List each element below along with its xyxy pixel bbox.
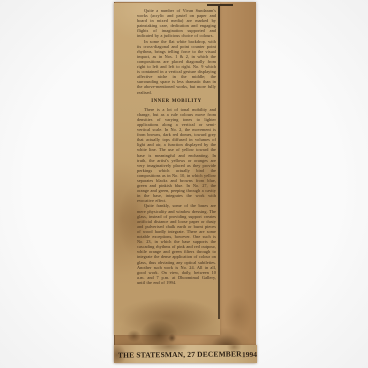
top-rule-line <box>207 4 233 6</box>
publication-line: THE STATESMAN, 27 DECEMBER <box>114 349 242 359</box>
newspaper-clipping: Quite a number of Vivan Sundaram's works… <box>114 3 220 335</box>
year-label: 1994 <box>242 349 259 358</box>
section-heading: INNER MOBILITY <box>137 99 216 104</box>
article-paragraph-3: There is a lot of tonal mobility and cha… <box>137 107 216 204</box>
article-column: Quite a number of Vivan Sundaram's works… <box>114 3 220 285</box>
article-paragraph-1: Quite a number of Vivan Sundaram's works… <box>137 8 216 39</box>
article-paragraph-2: In some the flat white backdrop, with it… <box>137 39 216 95</box>
scan-background: Quite a number of Vivan Sundaram's works… <box>0 0 368 368</box>
caption-strip: THE STATESMAN, 27 DECEMBER 1994 <box>114 345 257 363</box>
column-rule-line <box>218 6 220 319</box>
article-paragraph-4: Quite frankly, some of the bases are mer… <box>137 203 216 285</box>
